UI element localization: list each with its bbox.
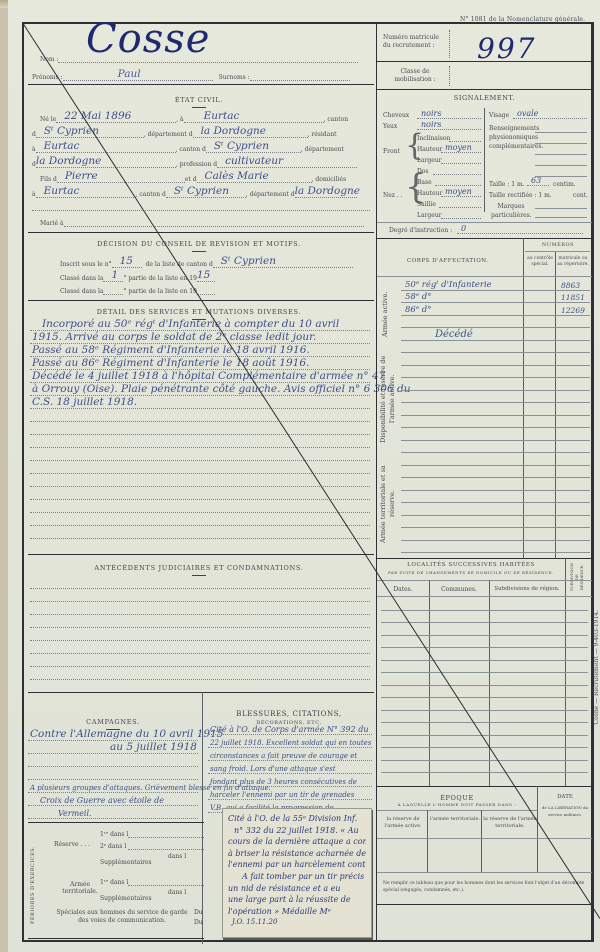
- divider: [377, 904, 592, 905]
- classe1-year: 15: [197, 269, 210, 281]
- mere-value: Calès Marie: [205, 170, 269, 182]
- visage-label: Visage: [489, 112, 509, 119]
- side-print: Cosne — Recrutement — 9-403-1914.: [593, 610, 600, 724]
- service-line: à Orrouy (Oise). Plaie pénétrante côté g…: [30, 383, 370, 396]
- divider: [377, 838, 592, 839]
- visage-value: ovale: [517, 109, 538, 118]
- date-subtitle: de LA LIBÉRATION du service militaire.: [541, 804, 589, 818]
- territoriale-1-label: 1ʳᵉ dans l: [100, 879, 128, 886]
- blessure-line: 22 juillet 1918. Excellent soldat qui en…: [210, 739, 371, 747]
- taille-rect-unit: cent.: [573, 192, 588, 199]
- reserve-2-field: [128, 843, 204, 850]
- renseignements-label: Renseignements physionomiques complément…: [489, 124, 531, 151]
- classe2-label: Classé dans la: [60, 288, 103, 295]
- periodes-box: PÉRIODES D'EXERCICES. Réserve . . . 1ʳᵉ …: [28, 822, 204, 938]
- domicile-row: à Eurtac , canton d Sᵗ Cyprien , départe…: [32, 187, 357, 198]
- nez-largeur-field: [441, 209, 481, 219]
- judiciaire-line: [30, 615, 370, 628]
- naissance-row: Né le 22 Mai 1896 , à Eurtac , canton: [32, 112, 348, 123]
- reserve-2-label: 2ᵉ dans l: [100, 843, 126, 850]
- inscrit-label: Inscrit sous le n°: [60, 261, 112, 268]
- profession-value: cultivateur: [225, 155, 283, 167]
- armee-active-label: Armée active.: [381, 282, 389, 346]
- date-title: DATE: [539, 794, 591, 800]
- marques-label: Marques particulières.: [491, 202, 531, 220]
- blessure-line: sang froid. Lors d'une attaque s'est: [210, 765, 336, 773]
- departement-label: , département d: [144, 131, 193, 138]
- judiciaire-line: [30, 654, 370, 667]
- departement3-value: la Dordogne: [295, 185, 360, 197]
- judiciaire-line: [30, 602, 370, 615]
- periodes-label: PÉRIODES D'EXERCICES.: [30, 837, 36, 933]
- judiciaires-title: ANTÉCÉDENTS JUDICIAIRES ET CONDAMNATIONS…: [24, 564, 374, 576]
- note-line: l'ennemi par un harcèlement continu.: [228, 859, 366, 871]
- services-lines: Incorporé au 50ᵉ régᵗ d'Infanterie à com…: [30, 318, 370, 539]
- canton2-label: , canton d: [176, 146, 206, 153]
- marie-row: Marié à: [32, 216, 364, 227]
- blessures-title: BLESSURES, CITATIONS,: [204, 710, 374, 718]
- domicilies-label: , domiciliés: [312, 176, 347, 183]
- service-line: Passé au 58ᵉ Régiment d'Infanterie le 18…: [30, 344, 370, 357]
- service-line: [30, 526, 370, 539]
- prenoms-value: Paul: [118, 68, 141, 80]
- classe2-mid: ° partie de la liste en 19: [123, 288, 196, 295]
- judiciaire-line: [30, 641, 370, 654]
- nez-largeur-label: Largeur: [417, 212, 442, 219]
- nez-hauteur-value: moyen: [445, 187, 472, 196]
- yeux-field: noirs: [417, 120, 481, 130]
- nom-label: Nom :: [40, 56, 58, 63]
- nez-hauteur-label: Hauteur: [417, 190, 442, 197]
- degre-field: 0: [457, 224, 583, 234]
- parents-row: Fils d Pierre et d Calès Marie , domicil…: [32, 172, 346, 183]
- classe-box: Classe de mobilisation :: [377, 62, 592, 90]
- yeux-value: noirs: [421, 120, 441, 129]
- du-2-label: Du: [194, 919, 203, 926]
- numero-box: Numéro matricule du recrutement : 997: [377, 24, 592, 62]
- epoque-footnote: Ne remplir ce tableau que pour les homme…: [383, 880, 586, 894]
- campagnes-box: CAMPAGNES. Contre l'Allemagne du 10 avri…: [24, 692, 202, 816]
- reserve-1-label: 1ʳᵉ dans l: [100, 831, 128, 838]
- service-line: C.S. 18 juillet 1918.: [30, 396, 370, 409]
- canton-row: d Sᵗ Cyprien , département d la Dordogne…: [32, 127, 337, 138]
- affectation-row: 86ᵉ d°12269: [401, 303, 590, 316]
- territoriale-label: Armée territoriale.: [60, 881, 100, 895]
- service-line: [30, 461, 370, 474]
- classe2-row: Classé dans la ° partie de la liste en 1…: [32, 284, 215, 295]
- marques-lines: [535, 200, 587, 218]
- et-label: et d: [185, 176, 197, 183]
- canton3-value: Sᵗ Cyprien: [174, 185, 229, 197]
- epoque-col-divider: [427, 810, 428, 872]
- inclinaison-label: Inclinaison: [417, 135, 450, 142]
- localites-side-header: SUBDIVISION DE RÉSIDENCE.: [569, 562, 584, 592]
- epoque-col2: l'armée territoriale.: [429, 816, 481, 823]
- divider: [28, 938, 204, 939]
- residant-value: Eurtac: [44, 140, 80, 152]
- inclinaison-field: [449, 132, 481, 142]
- affectation-row: Décédé: [401, 328, 590, 341]
- reserve-supp-dans: dans l: [168, 853, 186, 860]
- cheveux-value: noirs: [421, 109, 441, 118]
- nez-label: Nez . .: [383, 192, 403, 199]
- note-line: cours de la dernière attaque a contribué: [228, 836, 366, 848]
- base-field: [435, 176, 481, 186]
- service-line: [30, 448, 370, 461]
- affectation-rows: 50ᵉ régᵗ d'Infanterie8863 58ᵉ d°11851 86…: [401, 278, 590, 553]
- blessure-line: Cité à l'O. de Corps d'armée N° 392 du: [210, 725, 369, 734]
- left-column: Nom : Cosse Prénoms : Paul Surnoms : ÉTA…: [24, 24, 374, 940]
- note-line: à briser la résistance acharnée de: [228, 848, 366, 860]
- canton2-value: Sᵗ Cyprien: [214, 140, 269, 152]
- visage-field: ovale: [513, 109, 587, 119]
- epoque-title: ÉPOQUE: [377, 794, 537, 802]
- territoriale-supp-dans: dans l: [168, 889, 186, 896]
- blessures-lines: Cité à l'O. de Corps d'armée N° 392 du 2…: [208, 722, 372, 813]
- numero-divider: [449, 30, 450, 58]
- pere-value: Pierre: [65, 170, 98, 182]
- divider: [377, 596, 592, 597]
- blank-line: [32, 200, 370, 211]
- renseignements-lines: [535, 122, 587, 177]
- yeux-label: Yeux: [383, 123, 397, 130]
- service-line: [30, 422, 370, 435]
- service-line: [30, 487, 370, 500]
- divider: [525, 251, 590, 252]
- controle-header: au contrôle spécial.: [525, 256, 555, 268]
- divider: [377, 238, 592, 239]
- degre-value: 0: [461, 224, 466, 233]
- divider: [377, 580, 592, 581]
- ne-le-label: Né le: [40, 116, 56, 123]
- note-line: n° 332 du 22 juillet 1918. « Au: [228, 825, 366, 837]
- epoque-subtitle: À LAQUELLE L'HOMME DOIT PASSER DANS :: [377, 802, 537, 807]
- inscrit-row: Inscrit sous le n° 15 de la liste de can…: [32, 257, 353, 268]
- service-line: Décédé le 4 juillet 1918 à l'hôpital Com…: [30, 370, 370, 383]
- epoque-col3: la réserve de l'armée territoriale.: [483, 816, 537, 830]
- liste-canton-value: Sᵗ Cyprien: [221, 255, 276, 267]
- glued-citation-note: Cité à l'O. de la 55ᵉ Division Inf. n° 3…: [222, 808, 372, 938]
- campagne-line: Croix de Guerre avec étoile de: [40, 796, 164, 805]
- campagne-line: Contre l'Allemagne du 10 avril 1915: [30, 728, 223, 740]
- reserve-label: Réserve . . .: [54, 841, 90, 848]
- hauteur-label: Hauteur: [417, 146, 442, 153]
- territoriale-1-field: [128, 879, 204, 886]
- canton3-label: , canton d: [136, 191, 166, 198]
- taille-field: 63: [527, 176, 549, 186]
- blessure-line: harceler l'ennemi par un tir de grenades: [210, 791, 354, 799]
- profession-label: , profession d: [176, 161, 217, 168]
- surnoms-field: [250, 70, 350, 81]
- prenoms-field: Paul: [63, 70, 213, 81]
- classe-label: Classe de mobilisation :: [385, 68, 445, 84]
- territoriale-affect-label: Armée territoriale et sa réserve.: [379, 454, 397, 554]
- nez-brace: {: [405, 170, 427, 204]
- a-label: , à: [176, 116, 183, 123]
- reserve-supp-label: Supplémentaires: [100, 859, 152, 866]
- blessures-box: BLESSURES, CITATIONS, DÉCORATIONS, ETC. …: [204, 692, 374, 816]
- campagnes-lines: Contre l'Allemagne du 10 avril 1915 au 5…: [28, 728, 198, 819]
- cheveux-label: Cheveux: [383, 112, 409, 119]
- judiciaires-lines: [30, 576, 370, 693]
- classe1-partie: 1: [111, 269, 118, 281]
- judiciaire-line: [30, 589, 370, 602]
- campagne-line: Vermeil.: [58, 809, 92, 818]
- prenoms-row: Prénoms : Paul Surnoms :: [32, 70, 350, 81]
- departement3-label: , département d: [246, 191, 295, 198]
- divider: [377, 222, 592, 223]
- front-label: Front: [383, 148, 400, 155]
- territoriale-supp-label: Supplémentaires: [100, 895, 152, 902]
- communes-header: Communes.: [429, 586, 489, 593]
- taille-unit: centim.: [553, 181, 576, 188]
- blessure-line: fondant plus de 3 heures consécutives de: [210, 778, 357, 786]
- disponibilite-label: Disponibilité et réserve de l'armée acti…: [379, 354, 397, 444]
- service-line: [30, 500, 370, 513]
- reserve-1-field: [128, 831, 204, 838]
- hauteur-value: moyen: [445, 143, 472, 152]
- departement2-value: la Dordogne: [36, 155, 101, 167]
- surnoms-label: Surnoms :: [219, 74, 250, 81]
- judiciaire-line: [30, 628, 370, 641]
- subdivisions-header: Subdivisions de région.: [489, 586, 565, 592]
- speciales-label: Spéciales aux hommes du service de garde…: [54, 909, 190, 925]
- conseil-title: DÉCISION DU CONSEIL DE REVISION ET MOTIF…: [24, 240, 374, 252]
- corps-header: CORPS D'AFFECTATION.: [407, 258, 488, 264]
- largeur-field: [441, 154, 481, 164]
- taille-value: 63: [531, 176, 541, 185]
- du-1-label: Du: [194, 909, 203, 916]
- campagne-line: au 5 juillet 1918: [110, 741, 197, 753]
- profession-row: d la Dordogne , profession d cultivateur: [32, 157, 357, 168]
- localites-title: LOCALITÉS SUCCESSIVES HABITÉES: [381, 562, 561, 568]
- base-label: Base: [417, 179, 432, 186]
- lieu-naissance-value: Eurtac: [204, 110, 240, 122]
- hauteur-field: moyen: [441, 143, 481, 153]
- divider: [377, 872, 592, 873]
- judiciaire-line: [30, 667, 370, 680]
- taille-rect-label: Taille rectifiée : 1 m.: [489, 192, 552, 199]
- matricule-header: matricule ou au répertoire.: [557, 256, 589, 268]
- service-line: 1915. Arrivé au corps le soldat de 2ᵉ cl…: [30, 331, 370, 344]
- nom-value: Cosse: [86, 16, 210, 62]
- dos-field: [433, 165, 481, 175]
- epoque-divider: [537, 786, 538, 872]
- fils-label: Fils d: [40, 176, 57, 183]
- numero-label: Numéro matricule du recrutement :: [383, 34, 447, 50]
- epoque-col1: la réserve de l'armée active.: [379, 816, 427, 830]
- divider: [377, 558, 592, 559]
- nez-hauteur-field: moyen: [441, 187, 481, 197]
- departement-value: la Dordogne: [201, 125, 266, 137]
- affectation-row: 58ᵉ d°11851: [401, 291, 590, 304]
- signalement-title: SIGNALEMENT.: [377, 94, 592, 102]
- matricule-form: Nom : Cosse Prénoms : Paul Surnoms : ÉTA…: [22, 22, 594, 942]
- saillie-field: [439, 198, 481, 208]
- service-line: Passé au 86ᵉ Régiment d'Infanterie le 18…: [30, 357, 370, 370]
- marie-label: Marié à: [40, 220, 64, 227]
- note-line: Cité à l'O. de la 55ᵉ Division Inf.: [228, 813, 366, 825]
- divider: [377, 810, 537, 811]
- taille-label: Taille : 1 m.: [489, 181, 525, 188]
- residant-label: , résidant: [308, 131, 337, 138]
- classe-divider: [449, 66, 450, 86]
- note-line: A fait tomber par un tir précis: [228, 871, 366, 883]
- canton-label: , canton: [324, 116, 349, 123]
- localites-rows: [381, 598, 588, 773]
- numeros-header: NUMÉROS: [527, 242, 589, 248]
- residence-row: à Eurtac , canton d Sᵗ Cyprien , départe…: [32, 142, 344, 153]
- largeur-label: Largeur: [417, 157, 442, 164]
- service-line: [30, 409, 370, 422]
- ne-le-value: 22 Mai 1896: [64, 110, 131, 122]
- service-line: [30, 513, 370, 526]
- divider: [28, 554, 374, 555]
- classe1-label: Classé dans la: [60, 275, 103, 282]
- inscrit-value: 15: [120, 255, 133, 267]
- domicile-value: Eurtac: [44, 185, 80, 197]
- service-line: [30, 435, 370, 448]
- service-line: Incorporé au 50ᵉ régᵗ d'Infanterie à com…: [30, 318, 370, 331]
- departement2-label: , département: [301, 146, 344, 153]
- affectation-row: [401, 316, 590, 329]
- signalement-divider: [484, 108, 485, 212]
- epoque-col-divider: [481, 810, 482, 872]
- divider: [28, 232, 374, 233]
- note-line: l'opération » Médaille Mᵉ: [228, 906, 366, 918]
- note-line: un nid de résistance et a eu: [228, 883, 366, 895]
- divider: [377, 786, 592, 787]
- dos-label: Dos: [417, 168, 429, 175]
- judiciaire-line: [30, 576, 370, 589]
- divider: [28, 84, 374, 85]
- affectation-row: 50ᵉ régᵗ d'Infanterie8863: [401, 278, 590, 291]
- note-line: J.O. 15.11.20: [228, 917, 366, 929]
- right-column: Numéro matricule du recrutement : 997 Cl…: [376, 24, 592, 940]
- cheveux-field: noirs: [417, 109, 481, 119]
- localites-subtitle: PAR SUITE DE CHANGEMENTS DE DOMICILE OU …: [381, 570, 561, 575]
- degre-label: Degré d'instruction :: [389, 227, 452, 234]
- saillie-label: Saillie: [417, 201, 436, 208]
- numero-value: 997: [477, 32, 536, 65]
- divider: [377, 276, 592, 277]
- blessure-line: circonstances a fait preuve de courage e…: [210, 752, 357, 760]
- note-line: une large part à la réussite de: [228, 894, 366, 906]
